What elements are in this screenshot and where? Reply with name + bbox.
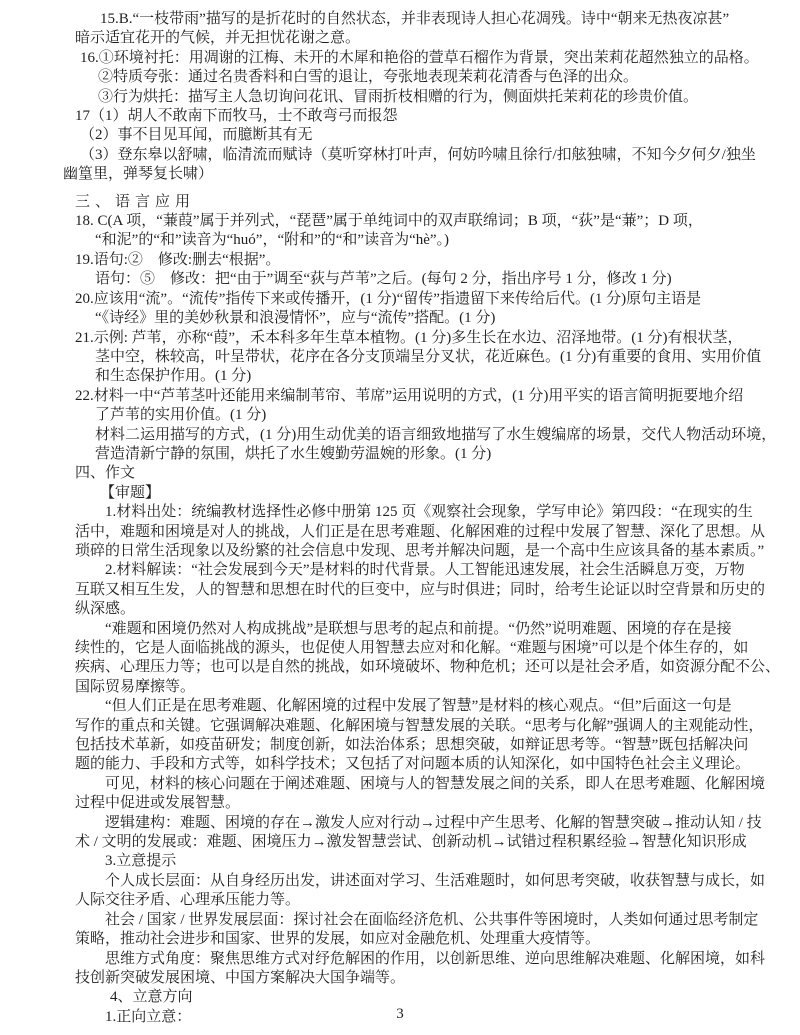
essay-premise-line-1: “难题和困境仍然对人构成挑战”是联想与思考的起点和前提。“仍然”说明难题、困境的… <box>105 620 755 639</box>
answer-19-line-2: 语句：⑤ 修改：把“由于”调至“荻与芦苇”之后。(每句 2 分，指出序号 1 分… <box>95 270 755 289</box>
essay-premise-line-4: 国际贸易摩擦等。 <box>75 678 755 697</box>
answer-19-line-1: 19.语句:② 修改:删去“根据”。 <box>75 251 755 270</box>
answer-17-line-3: （3）登东皋以舒啸，临清流而赋诗（莫听穿林打叶声，何妨吟啸且徐行/扣舷独啸，不知… <box>80 146 755 165</box>
answer-15-line-2: 暗示适宜花开的气候，并无担忧花谢之意。 <box>75 29 755 48</box>
essay-direction-heading: 4、立意方向 <box>110 988 755 1007</box>
essay-source-line-1: 1.材料出处：统编教材选择性必修中册第 125 页《观察社会现象，学写申论》第四… <box>105 503 755 522</box>
essay-interpretation-line-1: 2.材料解读：“社会发展到今天”是材料的时代背景。人工智能迅速发展，社会生活瞬息… <box>105 561 755 580</box>
answer-17-line-4: 幽篁里，弹琴复长啸） <box>63 165 755 184</box>
answer-15-line-1: 15.B.“一枝带雨”描写的是折花时的自然状态，并非表现诗人担心花凋残。诗中“朝… <box>100 10 755 29</box>
answer-21-line-1: 21.示例: 芦苇，亦称“葭”，禾本科多年生草本植物。(1 分)多生长在水边、沼… <box>75 329 755 348</box>
essay-summary-line-2: 过程中促进或发展智慧。 <box>75 794 755 813</box>
answer-18-line-2: “和泥”的“和”读音为“huó”，“附和”的“和”读音为“hè”。) <box>95 231 755 250</box>
answer-16-line-3: ③行为烘托：描写主人急切询问花讯、冒雨折枝相赠的行为，侧面烘托茉莉花的珍贵价值。 <box>98 88 755 107</box>
essay-core-view-line-3: 包括技术革新，如疫苗研发；制度创新，如法治体系；思想突破，如辩证思考等。“智慧”… <box>75 736 755 755</box>
essay-interpretation-line-3: 纵深感。 <box>75 600 755 619</box>
essay-examine-label: 【审题】 <box>100 484 755 503</box>
essay-tips-heading: 3.立意提示 <box>105 852 755 871</box>
answer-21-line-2: 茎中空，株较高，叶呈带状，花序在各分支顶端呈分叉状，花近麻色。(1 分)有重要的… <box>95 348 755 367</box>
answer-17-line-1: 17（1）胡人不敢南下而牧马，士不敢弯弓而报怨 <box>75 107 755 126</box>
page-number: 3 <box>0 1006 800 1023</box>
section-heading-essay: 四、作文 <box>75 464 755 483</box>
answer-20-line-2: “《诗经》里的美妙秋景和浪漫情怀”，应与“流传”搭配。(1 分) <box>95 309 755 328</box>
essay-society-line-2: 策略，推动社会进步和国家、世界的发展，如应对金融危机、处理重大疫情等。 <box>75 930 755 949</box>
section-heading-language-use: 三、语言应用 <box>75 193 755 212</box>
answer-16-line-2: ②特质夸张：通过名贵香料和白雪的退让，夸张地表现茉莉花清香与色泽的出众。 <box>98 68 755 87</box>
answer-22-line-4: 营造清新宁静的氛围，烘托了水生嫂勤劳温婉的形象。(1 分) <box>95 445 755 464</box>
document-body: 15.B.“一枝带雨”描写的是折花时的自然状态，并非表现诗人担心花凋残。诗中“朝… <box>75 10 755 1027</box>
essay-personal-line-1: 个人成长层面：从自身经历出发，讲述面对学习、生活难题时，如何思考突破，收获智慧与… <box>105 872 755 891</box>
answer-20-line-1: 20.应该用“流”。“流传”指传下来或传播开，(1 分)“留传”指遗留下来传给后… <box>75 290 755 309</box>
essay-summary-line-1: 可见，材料的核心问题在于阐述难题、困境与人的智慧发展之间的关系，即人在思考难题、… <box>105 775 755 794</box>
essay-source-line-2: 活中，难题和困境是对人的挑战，人们正是在思考难题、化解困难的过程中发展了智慧、深… <box>75 523 755 542</box>
document-page: 15.B.“一枝带雨”描写的是折花时的自然状态，并非表现诗人担心花凋残。诗中“朝… <box>0 0 800 1035</box>
essay-premise-line-3: 疾病、心理压力等；也可以是自然的挑战，如环境破坏、物种危机；还可以是社会矛盾，如… <box>75 658 755 677</box>
essay-personal-line-2: 人际交往矛盾、心理承压能力等。 <box>75 891 755 910</box>
answer-22-line-1: 22.材料一中“芦苇茎叶还能用来编制苇帘、苇席”运用说明的方式，(1 分)用平实… <box>75 387 755 406</box>
answer-22-line-2: 了芦苇的实用价值。(1 分) <box>95 406 755 425</box>
essay-interpretation-line-2: 互联又相互生发，人的智慧和思想在时代的巨变中，应与时俱进；同时，给考生论证以时空… <box>75 581 755 600</box>
answer-16-line-1: 16.①环境衬托：用凋谢的江梅、未开的木犀和艳俗的萱草石榴作为背景，突出茉莉花超… <box>80 49 755 68</box>
essay-source-line-3: 琐碎的日常生活现象以及纷繁的社会信息中发现、思考并解决问题，是一个高中生应该具备… <box>75 542 755 561</box>
answer-17-line-2: （2）事不目见耳闻，而臆断其有无 <box>80 126 755 145</box>
essay-thinking-line-1: 思维方式角度：聚焦思维方式对纾危解困的作用，以创新思维、逆向思维解决难题、化解困… <box>105 950 755 969</box>
essay-core-view-line-1: “但人们正是在思考难题、化解困境的过程中发展了智慧”是材料的核心观点。“但”后面… <box>105 697 755 716</box>
essay-core-view-line-2: 写作的重点和关键。它强调解决难题、化解困境与智慧发展的关联。“思考与化解”强调人… <box>75 717 755 736</box>
essay-logic-line-2: 术 / 文明的发展或：难题、困境压力→激发智慧尝试、创新动机→试错过程积累经验→… <box>75 833 755 852</box>
answer-22-line-3: 材料二运用描写的方式，(1 分)用生动优美的语言细致地描写了水生嫂编席的场景，交… <box>95 426 755 445</box>
essay-society-line-1: 社会 / 国家 / 世界发展层面：探讨社会在面临经济危机、公共事件等困境时，人类… <box>105 911 755 930</box>
essay-logic-line-1: 逻辑建构：难题、困境的存在→激发人应对行动→过程中产生思考、化解的智慧突破→推动… <box>105 814 755 833</box>
answer-21-line-3: 和生态保护作用。(1 分) <box>95 367 755 386</box>
essay-premise-line-2: 续性的，它是人面临挑战的源头，也促使人用智慧去应对和化解。“难题与困境”可以是个… <box>75 639 755 658</box>
essay-core-view-line-4: 题的能力、手段和方式等，如科学技术；又包括了对问题本质的认知深化，如中国特色社会… <box>75 755 755 774</box>
answer-18-line-1: 18. C(A 项，“蒹葭”属于并列式，“琵琶”属于单纯词中的双声联绵词；B 项… <box>75 212 755 231</box>
essay-thinking-line-2: 技创新突破发展困境、中国方案解决大国争端等。 <box>75 969 755 988</box>
